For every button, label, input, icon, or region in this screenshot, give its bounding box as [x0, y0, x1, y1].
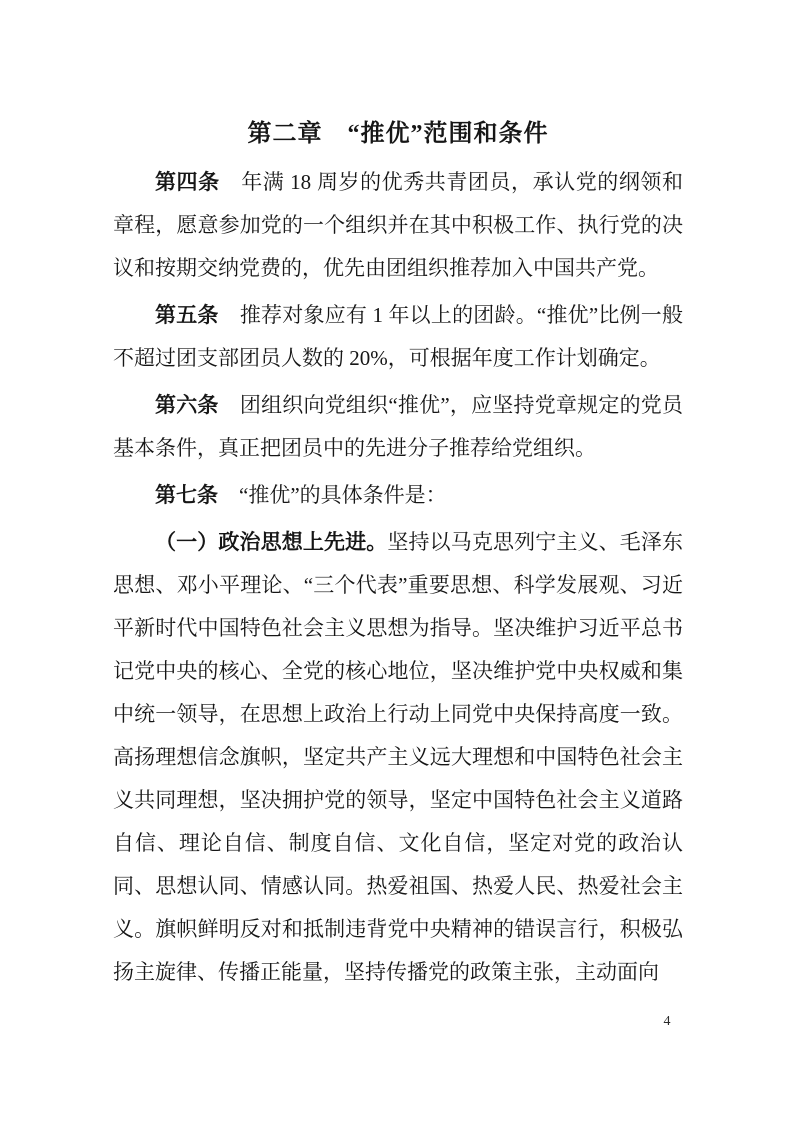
- article-7-label: 第七条: [155, 483, 239, 507]
- footer-page-number: 4: [652, 1012, 682, 1032]
- document-page: 第二章 “推优”范围和条件 第四条 年满 18 周岁的优秀共青团员，承认党的纲领…: [0, 0, 793, 1122]
- article-5-label: 第五条: [155, 303, 240, 327]
- article-7-text: “推优”的具体条件是：: [239, 483, 447, 507]
- paragraph-article-5: 第五条 推荐对象应有 1 年以上的团龄。“推优”比例一般不超过团支部团员人数的 …: [113, 294, 683, 380]
- article-4-label: 第四条: [155, 170, 241, 194]
- chapter-title: 第二章 “推优”范围和条件: [113, 112, 683, 156]
- paragraph-article-6: 第六条 团组织向党组织“推优”，应坚持党章规定的党员基本条件，真正把团员中的先进…: [113, 384, 683, 470]
- article-6-label: 第六条: [155, 393, 240, 417]
- paragraph-item-1: （一）政治思想上先进。坚持以马克思列宁主义、毛泽东思想、邓小平理论、“三个代表”…: [113, 521, 683, 994]
- paragraph-article-7: 第七条 “推优”的具体条件是：: [113, 474, 683, 517]
- document-body: 第二章 “推优”范围和条件 第四条 年满 18 周岁的优秀共青团员，承认党的纲领…: [113, 112, 683, 998]
- item-1-text: 坚持以马克思列宁主义、毛泽东思想、邓小平理论、“三个代表”重要思想、科学发展观、…: [113, 530, 683, 984]
- item-1-label: （一）政治思想上先进。: [155, 530, 387, 554]
- paragraph-article-4: 第四条 年满 18 周岁的优秀共青团员，承认党的纲领和章程，愿意参加党的一个组织…: [113, 161, 683, 290]
